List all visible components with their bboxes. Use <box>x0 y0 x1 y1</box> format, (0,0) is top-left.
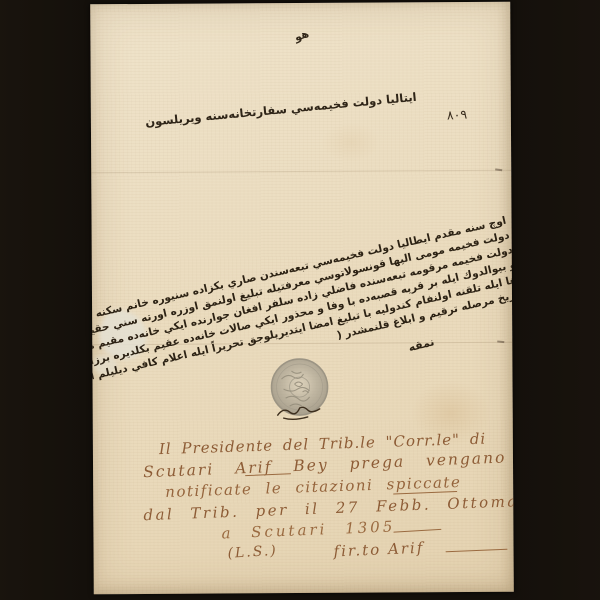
flourish-after-1305 <box>393 529 441 533</box>
crease-edge-tick <box>495 168 502 171</box>
locus-sigilli-mark: (L.S.) <box>227 543 278 562</box>
document-scan-background: هو ايتاليا دولت فخيمه‌سي سفارتخانه‌سنه و… <box>0 0 600 600</box>
invocation-mark: هو <box>293 27 311 44</box>
ottoman-address-line: ايتاليا دولت فخيمه‌سي سفارتخانه‌سنه ويري… <box>266 90 417 118</box>
fold-crease <box>91 170 511 174</box>
italian-note-date-line: a Scutari 1305 <box>221 517 396 542</box>
seal-signature-flourish <box>276 401 322 421</box>
stain-patch <box>321 123 381 163</box>
flourish-after-signature <box>446 549 508 553</box>
document-number: ٨٠٩ <box>446 106 467 122</box>
signature-arif: fir.to Arif <box>333 539 424 561</box>
paper-sheet: هو ايتاليا دولت فخيمه‌سي سفارتخانه‌سنه و… <box>90 2 514 595</box>
